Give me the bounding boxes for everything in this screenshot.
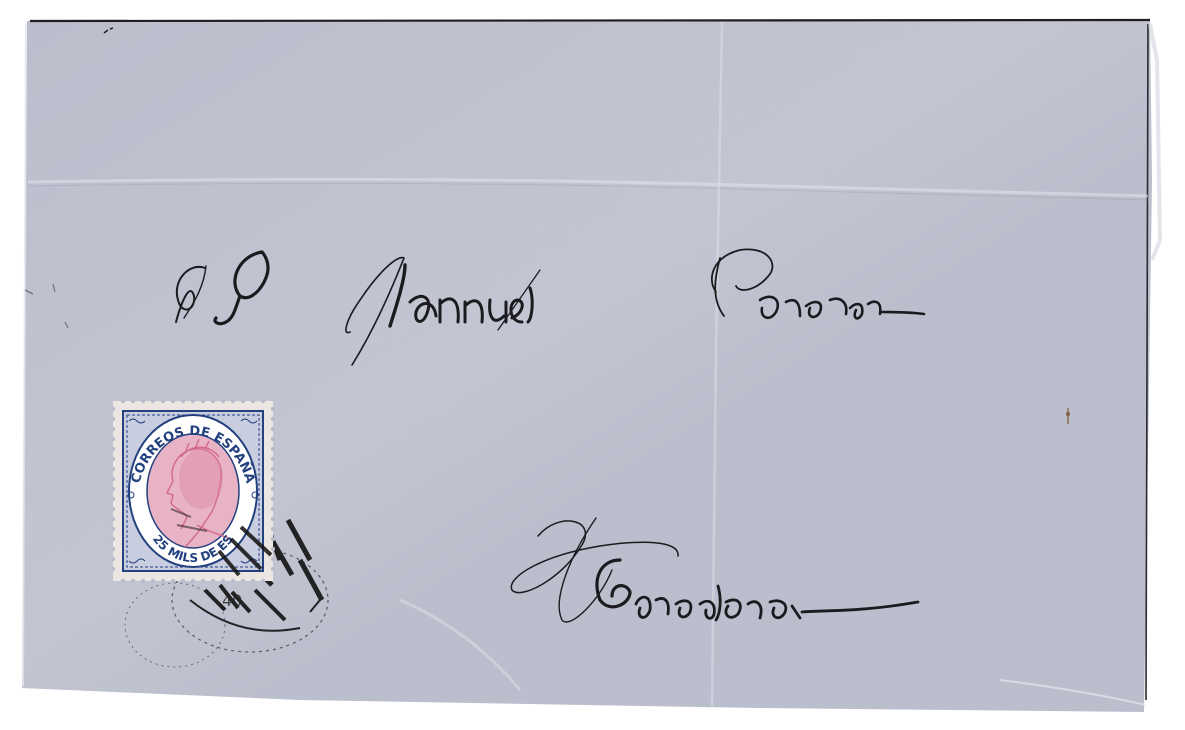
postal-cover: 40 bbox=[0, 0, 1185, 730]
postage-stamp: CORREOS DE ESPAÑA 25 MILS DE ES bbox=[111, 399, 275, 583]
svg-text:40: 40 bbox=[222, 591, 242, 610]
